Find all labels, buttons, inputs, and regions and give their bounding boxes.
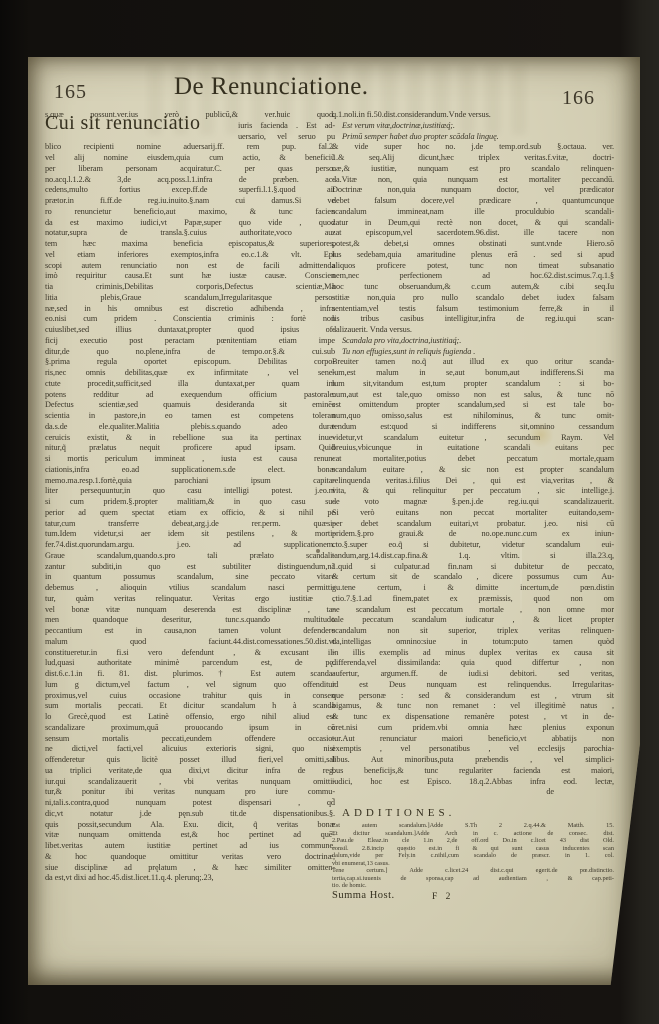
text-line: que personæ : sed & considerandum est , … xyxy=(332,691,614,702)
line-text: iudici, hoc est Episco. 18.q.2.Abbas inf… xyxy=(332,777,614,786)
text-line: Est verum vitæ,doctrinæ,iustitiæq́;. xyxy=(332,121,614,132)
text-line: malum quod faciunt.44.dist.comessationes… xyxy=(45,637,335,648)
text-line: imò requiritur causa.Et sunt hæ iustæ ca… xyxy=(45,271,335,282)
line-text: potest,& debet,si omnes obstinati sunt.v… xyxy=(332,239,614,248)
line-text: da est,vt dixi ad hoc.45.dist.licet.11.q… xyxy=(45,873,214,882)
line-text: bigamus, & tunc non remanet : vel illegi… xyxy=(332,701,614,710)
text-line: est omittendum propter scandalum,sed si … xyxy=(332,400,614,411)
line-text: blico recipienti nomine aduersarij.ff. r… xyxy=(45,142,335,151)
line-text: zatur in Deum,qui rectè non docet, & qui… xyxy=(332,218,614,227)
line-text: næ,sed in his omnibus est discretio adhi… xyxy=(45,304,335,313)
line-text: tertia,cap.si.iuuenis de sponsa,cap ad a… xyxy=(332,875,614,882)
text-line: pridem.§.pro graui.& de no.ope.nunc.cum … xyxy=(332,529,614,540)
text-line: nitur,q̃ prælatus nequit proficere apud … xyxy=(45,443,335,454)
text-line: næ,& iustitiæ, nunquam est pro scandalo … xyxy=(332,164,614,175)
line-text: da.Vitæ non, quia nunquam est mortaliter… xyxy=(332,175,614,184)
text-line: zantur subditi,in quo est subtiliter dis… xyxy=(45,562,335,573)
line-text: Et dicitur scandalum.]Adde Arch in c. ac… xyxy=(332,830,614,837)
footer-running-title: Summa Host. xyxy=(332,890,395,901)
line-text: tandum,arg.14.dist.cap.fina.& 1.q. vltim… xyxy=(332,551,614,560)
text-line: tatur,cum transferre debeat,arg.j.de rer… xyxy=(45,519,335,530)
line-text: tur.Aut renunciatur maiori beneficio,vt … xyxy=(332,734,614,743)
line-text: & vide super hoc no. j.de temp.ord.sub §… xyxy=(332,142,614,151)
text-line: ditur,de quo no.plene,infra de tempo.or.… xyxy=(45,347,335,358)
line-text: num,quo omisso,salus est nihilominus, & … xyxy=(332,411,614,420)
text-line: scopi autem renunciatio non est de facil… xyxy=(45,261,335,272)
line-text: 1.quid si culpatur.ad fin.nam si dubitet… xyxy=(332,562,614,571)
text-line: lo Grecè,quod est Latinè offensio, ergo … xyxy=(45,712,335,723)
text-line: & vide super hoc no. j.de temp.ord.sub §… xyxy=(332,142,614,153)
text-line: lis tribus casibus intelligitur,infra de… xyxy=(332,314,614,325)
text-line: Tu non effugies,sunt in reliquis fugiend… xyxy=(332,347,614,358)
line-text: tem hæc maxima beneficia episcopatus,& s… xyxy=(45,239,335,248)
additiones-section: ADDITIONES. gEst autem scandalum.]Adde S… xyxy=(332,807,614,890)
line-text: Scandala pro vita,doctrina,iustitiaq́;. xyxy=(342,336,461,345)
text-line: id est Deus nunquam est relinquendus. Ir… xyxy=(332,680,614,691)
text-line: cto.§.super eo.q̃ si dubitetur, videtur … xyxy=(332,540,614,551)
line-text: vel alij nomine eiusdem,quia cum actio, … xyxy=(45,153,335,162)
line-text: ris,nec omnis debilitas,quæ ex infirmita… xyxy=(45,368,335,377)
text-line: ne dicti,vel facti,vel alicuius exterior… xyxy=(45,744,335,755)
text-line: hEt dicitur scandalum.]Adde Arch in c. a… xyxy=(332,830,614,838)
text-line: uersario, vel seruo pu xyxy=(238,132,335,143)
line-text: offenderetur quis licitè posset illud fi… xyxy=(45,755,335,764)
line-text: q.1.noli.in fi.50.dist.considerandum.Vnd… xyxy=(332,110,491,119)
text-line: ris,nec omnis debilitas,quæ ex infirmita… xyxy=(45,368,335,379)
text-line: ctute procedit,sufficit,sed illa duntaxa… xyxy=(45,379,335,390)
line-text: si cum pridem.§.propter malitiam,& in qu… xyxy=(45,497,335,506)
text-line: tur, quàm veritas relinquatur. Veritas e… xyxy=(45,594,335,605)
text-line: blico recipienti nomine aduersarij.ff. r… xyxy=(45,142,335,153)
text-line: prætor.in fi.ff.de reg.iu.inuito.§.nam c… xyxy=(45,196,335,207)
text-line: lus sedebam,quia amaritudine plenus erā … xyxy=(332,250,614,261)
text-line: perior ad quem spectat etiam ex officio,… xyxy=(45,508,335,519)
text-line: iudici, hoc est Episco. 18.q.2.Abbas inf… xyxy=(332,777,614,788)
text-line: igu.tene certum, i & dimitte incertum,de… xyxy=(332,583,614,594)
line-text: vel bonæ vitæ nunquam deserenda est disc… xyxy=(45,605,335,614)
text-line: in quantum possumus scandalum, sine pecc… xyxy=(45,572,335,583)
line-text: da,intelligas omnino:siue in totum:puto … xyxy=(332,637,614,646)
text-line: litia plebis,Graue scandalum,Irregularit… xyxy=(45,293,335,304)
text-line: zatur in Deum,qui rectè non docet, & qui… xyxy=(332,218,614,229)
line-text: lus sedebam,quia amaritudine plenus erā … xyxy=(332,250,614,259)
text-line: tio. de homic. xyxy=(332,882,614,890)
text-line: bus beneficijs,& tunc regulariter facien… xyxy=(332,766,614,777)
text-line: libus. Aut minoribus,puta præbendis , ve… xyxy=(332,755,614,766)
left-column-body: blico recipienti nomine aduersarij.ff. r… xyxy=(45,142,335,884)
text-line: sensum mortalis peccati,eundem offendere… xyxy=(45,734,335,745)
line-text: que personæ : sed & considerandum est , … xyxy=(332,691,614,700)
text-line: §.prima regula oportet episcopum. Debili… xyxy=(45,357,335,368)
text-line: num,quo omisso,salus est nihilominus, & … xyxy=(332,411,614,422)
line-text: ciationis,infra eo.ad supplicationem.s.d… xyxy=(45,465,335,474)
line-text: nem,nec perfectionem ad hoc.62.dist.scim… xyxy=(332,271,614,280)
line-text: vita, & qui relinquitur per peccatum , s… xyxy=(332,486,614,495)
line-text: Primū semper habet duo propter scādala l… xyxy=(342,132,499,141)
text-line: Primū semper habet duo propter scādala l… xyxy=(332,132,614,143)
line-text: libet.veritas autem iustitiæ pertinet ad… xyxy=(45,841,335,850)
text-line: tia criminis,Debilitas corporis,Defectus… xyxy=(45,282,335,293)
book-page: 165 De Renunciatione. 166 s.quæ possunt.… xyxy=(28,57,640,985)
line-text: tendum est:quod si indifferens sit,omnin… xyxy=(332,422,614,431)
text-line: da.Vitæ non, quia nunquam est mortaliter… xyxy=(332,175,614,186)
line-text: cto.§.super eo.q̃ si dubitetur, videtur … xyxy=(332,540,614,549)
text-line: memo.ma.resp.1.fortè,quia parochiani ips… xyxy=(45,476,335,487)
line-text: ctio.7.§.1.ad finem,patet ex præmissis, … xyxy=(332,594,614,603)
text-line: debemus , alioquin vtilius scandalum nas… xyxy=(45,583,335,594)
line-text: imò requiritur causa.Et sunt hæ iustæ ca… xyxy=(45,271,335,280)
line-text: no.acq.l.1.2.& 3,de acq.poss.l.1.infra d… xyxy=(45,175,335,184)
text-line: differenda,vel dissimilanda: quia quod d… xyxy=(332,658,614,669)
text-line: lud,quasi authoritate minimè parcendum e… xyxy=(45,658,335,669)
line-text: dic,vt notatur j.de pęn.sub tit.de dispe… xyxy=(45,809,335,818)
line-text: per liberam personam acquiratur.C. per q… xyxy=(45,164,335,173)
text-line: iuris facienda . Est ad- xyxy=(238,121,335,132)
text-line: da.s.de ele.qualiter.Malitia plebis.s.qu… xyxy=(45,422,335,433)
text-line: potest,& debet,si omnes obstinati sunt.v… xyxy=(332,239,614,250)
line-text: dalizauerit. Vnda versus. xyxy=(332,325,412,334)
text-line: siue disciplinæ ad pręlatum , & hæc simi… xyxy=(45,863,335,874)
line-text: potens redditur ad exequendum officium p… xyxy=(45,390,335,399)
text-line: lum sit,vitandum est,tum propter scandal… xyxy=(332,379,614,390)
line-text: Si verò euitans non peccat mortaliter eu… xyxy=(332,508,614,517)
line-text: uersario, vel seruo pu xyxy=(238,132,335,141)
line-text: iuris facienda . Est ad- xyxy=(238,121,335,130)
text-line: de xyxy=(332,787,614,798)
text-line: ni,tali.s.contra,quod nunquam potest dis… xyxy=(45,798,335,809)
text-line: iur.qui scandalizauerit , vbi veritas nu… xyxy=(45,777,335,788)
text-line: Breuiter tamen no.q̃ aut illud ex quo or… xyxy=(332,357,614,368)
line-text: prætor.in fi.ff.de reg.iu.inuito.§.nam c… xyxy=(45,196,335,205)
line-text: Doctrinæ non,quia nunquam doctor, vel pr… xyxy=(332,185,614,194)
line-text: lo Grecè,quod est Latinè offensio, ergo … xyxy=(45,712,335,721)
text-line: aliquos proficere potest, tunc non timea… xyxy=(332,261,614,272)
line-text: tum.Idem videtur,si aer idem sit pestile… xyxy=(45,529,335,538)
line-text: eo.nisi cum pridem . Conscientia crimini… xyxy=(45,314,335,323)
text-line: Graue scandalum,quando.s.pro tali prælat… xyxy=(45,551,335,562)
text-line: videtur,vt scandalum euitetur , secundum… xyxy=(332,433,614,444)
text-line: glum g dictum,vel factum , vel signum qu… xyxy=(45,680,335,691)
line-text: men quandoque deseritur, tunc.s.quando m… xyxy=(45,615,335,624)
line-text: pridem.§.pro graui.& de no.ope.nunc.cum … xyxy=(332,529,614,538)
line-text: sensum mortalis peccati,eundem offendere… xyxy=(45,734,335,743)
line-text: hoc tunc obseruandum,& c.cum autem,& c.i… xyxy=(332,282,614,291)
line-text: zat episcopum,vel sacerdotem.96.dist. il… xyxy=(332,228,614,237)
line-text: gu.tene certum, i & dimitte incertum,de … xyxy=(332,583,614,592)
text-line: Defectus scientiæ,sed quamuis desiderand… xyxy=(45,400,335,411)
text-line: cat mortaliter,potius debet peccatum mor… xyxy=(332,454,614,465)
text-line: lum,est malum in se,aut bonum,aut indiff… xyxy=(332,368,614,379)
text-line: offenderetur quis licitè posset illud fi… xyxy=(45,755,335,766)
line-text: ne dicti,vel facti,vel alicuius exterior… xyxy=(45,744,335,753)
line-text: scandalum euitare , & sic non est propte… xyxy=(332,465,614,474)
line-text: ceruicis existit, & in rebellione sua it… xyxy=(45,433,335,442)
text-line: breuius,vbicunque in euitatione scandali… xyxy=(332,443,614,454)
text-line: ceruicis existit, & in rebellione sua it… xyxy=(45,433,335,444)
additiones-heading: ADDITIONES. xyxy=(342,807,614,819)
line-text: lum g dictum,vel factum , vel signum quo… xyxy=(45,680,335,689)
line-text: vitæ nunquam omittenda est,& hoc pertine… xyxy=(45,830,335,839)
text-line: tur,& ponitur ibi veritas nunquam pro iu… xyxy=(45,787,335,798)
text-line: stitiæ non,quia pro nullo scandalo debet… xyxy=(332,293,614,304)
section-heading-block: Cui sit renunciatio iuris facienda . Est… xyxy=(45,121,335,143)
text-line: cedens,multo fortius excep.ff.de superfi… xyxy=(45,185,335,196)
text-line: vbi enumerat,13 casus. xyxy=(332,860,614,868)
text-line: proximus,vel cuius occasione trahitur qu… xyxy=(45,691,335,702)
line-text: ditur,de quo no.plene,infra de tempo.or.… xyxy=(45,347,335,356)
line-text: si mortis periculum immineat , iusta est… xyxy=(45,454,335,463)
line-text: lis tribus casibus intelligitur,infra de… xyxy=(332,314,614,323)
line-text: scandalum immineat,nam ille proculdubio … xyxy=(332,207,614,216)
line-text: bus beneficijs,& tunc regulariter facien… xyxy=(332,766,614,775)
line-text: cret.nisi cum pridem.vbi omnia hæc pleni… xyxy=(332,723,614,732)
page-number-left: 165 xyxy=(54,81,87,104)
line-text: scopi autem renunciatio non est de facil… xyxy=(45,261,335,270)
line-text: 2.Pau.de Eleaz.in cle 1.in 2,de off.ord … xyxy=(332,837,614,844)
line-text: tio. de homic. xyxy=(332,882,367,889)
text-line: Si verò euitans non peccat mortaliter eu… xyxy=(332,508,614,519)
line-text: da est maximo iudici,vt Papæ,super quo v… xyxy=(45,218,335,227)
text-line: fer.74.dist.quorundam.argu. j.eo. ad sup… xyxy=(45,540,335,551)
line-text: tatur,cum transferre debeat,arg.j.de rer… xyxy=(45,519,335,528)
line-text: §.prima regula oportet episcopum. Debili… xyxy=(45,357,335,366)
text-line: debet falsum docere,vel prædicare , quan… xyxy=(332,196,614,207)
line-text: est omittendum propter scandalum,sed si … xyxy=(332,400,614,409)
right-column: q.1.noli.in fi.50.dist.considerandum.Vnd… xyxy=(332,110,614,798)
section-heading: Cui sit renunciatio xyxy=(45,118,200,129)
line-text: Defectus scientiæ,sed quamuis desiderand… xyxy=(45,400,335,409)
text-line: da est,vt dixi ad hoc.45.dist.licet.11.q… xyxy=(45,873,335,884)
line-text: stitiæ non,quia pro nullo scandalo debet… xyxy=(332,293,614,302)
gathering-signature: F 2 xyxy=(432,892,453,902)
line-text: exemptis , vel personatibus , vel eccles… xyxy=(332,744,614,753)
text-line: tale peccatum scandalum iudicatur , & li… xyxy=(332,615,614,626)
line-text: ctute procedit,sufficit,sed illa duntaxa… xyxy=(45,379,335,388)
text-line: ciationis,infra eo.ad supplicationem.s.d… xyxy=(45,465,335,476)
line-text: Est autem scandalum.]Adde S.Th 2 2.q.44.… xyxy=(332,822,614,829)
text-line: ctio.7.§.1.ad finem,patet ex præmissis, … xyxy=(332,594,614,605)
text-line: fdist.6.c.1.in fi. 81. dist. plurimos. †… xyxy=(45,669,335,680)
line-text: da.s.de ele.qualiter.Malitia plebis.s.qu… xyxy=(45,422,335,431)
text-line: ro renuncietur beneficio,aut maximo, & t… xyxy=(45,207,335,218)
text-line: scandalizare proximum,quā prouocando ips… xyxy=(45,723,335,734)
text-line: potens redditur ad exequendum officium p… xyxy=(45,390,335,401)
text-line: gEst autem scandalum.]Adde S.Th 2 2.q.44… xyxy=(332,822,614,830)
line-text: Est verum vitæ,doctrinæ,iustitiæq́;. xyxy=(342,121,455,130)
line-text: scandalizare proximum,quā prouocando ips… xyxy=(45,723,335,732)
line-text: vel etiam inferiores exemptos,infra eo.c… xyxy=(45,250,335,259)
line-text: id est Deus nunquam est relinquendus. Ir… xyxy=(332,680,614,689)
text-line: dalizauerit. Vnda versus. xyxy=(332,325,614,336)
line-text: malum quod faciunt.44.dist.comessationes… xyxy=(45,637,335,646)
text-line: hsum mortalis peccati. Et dicitur scanda… xyxy=(45,701,335,712)
text-line: de voto magnæ §.pen.j.de reg.iu.qui scan… xyxy=(332,497,614,508)
line-text: proximus,vel cuius occasione trahitur qu… xyxy=(45,691,335,700)
line-text: Tene certum.] Adde c.licet.24 dist.c.qui… xyxy=(332,867,614,874)
line-text: nitur,q̃ prælatus nequit proficere apud … xyxy=(45,443,335,452)
text-line: peccantium est in causa,non tamen volunt… xyxy=(45,626,335,637)
line-text: & tunc ex dispensatione remanère potest … xyxy=(332,712,614,721)
text-line: tur.Aut renunciatur maiori beneficio,vt … xyxy=(332,734,614,745)
text-line: constitueretur.in fi.si vero defendunt ,… xyxy=(45,648,335,659)
line-text: ne scandalum est peccatum mortale , non … xyxy=(332,605,614,614)
text-line: scandalum non sit superior, triplex veri… xyxy=(332,626,614,637)
line-text: num,aut est tale,quo omisso non est salu… xyxy=(332,390,614,399)
line-text: per debet scandalum euitari,vt probatur.… xyxy=(332,519,614,528)
line-text: debet falsum docere,vel prædicare , quan… xyxy=(332,196,614,205)
additiones-body: gEst autem scandalum.]Adde S.Th 2 2.q.44… xyxy=(332,822,614,890)
line-text: libus. Aut minoribus,puta præbendis , ve… xyxy=(332,755,614,764)
text-line: nem,nec perfectionem ad hoc.62.dist.scim… xyxy=(332,271,614,282)
text-line: vita, & qui relinquitur per peccatum , s… xyxy=(332,486,614,497)
line-text: quis possit,secundum Ala. Exu. dicit, q̃… xyxy=(45,820,335,829)
text-line: vel bonæ vitæ nunquam deserenda est disc… xyxy=(45,605,335,616)
text-line: da est maximo iudici,vt Papæ,super quo v… xyxy=(45,218,335,229)
line-text: videtur,vt scandalum euitetur , secundum… xyxy=(332,433,614,442)
text-line: q.1.noli.in fi.50.dist.considerandum.Vnd… xyxy=(332,110,614,121)
line-text: cedens,multo fortius excep.ff.de superfi… xyxy=(45,185,335,194)
text-line: no.acq.l.1.2.& 3,de acq.poss.l.1.infra d… xyxy=(45,175,335,186)
line-text: lum,est malum in se,aut bonum,aut indiff… xyxy=(332,368,614,377)
text-line: zat episcopum,vel sacerdotem.96.dist. il… xyxy=(332,228,614,239)
text-line: tendum est:quod si indifferens sit,omnin… xyxy=(332,422,614,433)
line-text: zantur subditi,in quo est subtiliter dis… xyxy=(45,562,335,571)
line-text: aufertur, argumen.ff. de iudi.si debitor… xyxy=(332,669,614,678)
line-text: lum sit,vitandum est,tum propter scandal… xyxy=(332,379,614,388)
text-line: & certum sit de scandalo , dicere possum… xyxy=(332,572,614,583)
line-text: cuiuslibet,sed illius duntaxat,propter q… xyxy=(45,325,335,334)
line-text: Breuiter tamen no.q̃ aut illud ex quo or… xyxy=(332,357,614,366)
line-text: in quantum possumus scandalum, sine pecc… xyxy=(45,572,335,581)
line-text: peccantium est in causa,non tamen volunt… xyxy=(45,626,335,635)
line-text: litia plebis,Graue scandalum,Irregularit… xyxy=(45,293,335,302)
line-text: Graue scandalum,quando.s.pro tali prælat… xyxy=(45,551,335,560)
left-column: s.quæ possunt.ver.ius verò publicū,& ver… xyxy=(45,110,335,884)
line-text: debemus , alioquin vtilius scandalum nas… xyxy=(45,583,335,592)
text-line: libet.veritas autem iustitiæ pertinet ad… xyxy=(45,841,335,852)
text-line: relinquenda veritas.i.filius Dei , qui e… xyxy=(332,476,614,487)
text-line: vel alij nomine eiusdem,quia cum actio, … xyxy=(45,153,335,164)
line-text: sententiam,vel testis falsum testimonium… xyxy=(332,304,614,313)
text-line: tum.Idem videtur,si aer idem sit pestile… xyxy=(45,529,335,540)
line-text: breuius,vbicunque in euitatione scandali… xyxy=(332,443,614,452)
text-line: ne scandalum est peccatum mortale , non … xyxy=(332,605,614,616)
text-line: & tunc ex dispensatione remanère potest … xyxy=(332,712,614,723)
text-line: in illis exemplis ad minus duplex verita… xyxy=(332,648,614,659)
text-line: si mortis periculum immineat , iusta est… xyxy=(45,454,335,465)
line-text: de voto magnæ §.pen.j.de reg.iu.qui scan… xyxy=(332,497,614,506)
text-line: 1.quid si culpatur.ad fin.nam si dubitet… xyxy=(332,562,614,573)
text-line: næ,sed in his omnibus est discretio adhi… xyxy=(45,304,335,315)
text-line: tem hæc maxima beneficia episcopatus,& s… xyxy=(45,239,335,250)
line-text: iur.qui scandalizauerit , vbi veritas nu… xyxy=(45,777,335,786)
text-line: cret.nisi cum pridem.vbi omnia hæc pleni… xyxy=(332,723,614,734)
line-text: notatur,supra de transla.§.cuius authori… xyxy=(45,228,335,237)
text-line: exemptis , vel personatibus , vel eccles… xyxy=(332,744,614,755)
text-line: notatur,supra de transla.§.cuius authori… xyxy=(45,228,335,239)
line-text: ro renuncietur beneficio,aut maximo, & t… xyxy=(45,207,335,216)
line-text: constitueretur.in fi.si vero defendunt ,… xyxy=(45,648,335,657)
line-text: de xyxy=(546,787,554,796)
text-line: sententiam,vel testis falsum testimonium… xyxy=(332,304,614,315)
line-text: consil. 2.8.incip quęstio est.in fi & qu… xyxy=(332,845,614,852)
line-text: ua triplici veritate,de qua dixi,vt dici… xyxy=(45,766,335,775)
text-line: dic,vt notatur j.de pęn.sub tit.de dispe… xyxy=(45,809,335,820)
line-text: siue disciplinæ ad pręlatum , & hæc simi… xyxy=(45,863,335,872)
line-text: tia criminis,Debilitas corporis,Defectus… xyxy=(45,282,335,291)
line-text: 1.& seq.Alij dicunt,hæc triplex veritas.… xyxy=(332,153,614,162)
text-line: vel etiam inferiores exemptos,infra eo.c… xyxy=(45,250,335,261)
text-line: Doctrinæ non,quia nunquam doctor, vel pr… xyxy=(332,185,614,196)
text-line: & hoc quandoque omittitur veritas vero d… xyxy=(45,852,335,863)
text-line: consil. 2.8.incip quęstio est.in fi & qu… xyxy=(332,845,614,853)
text-line: si cum pridem.§.propter malitiam,& in qu… xyxy=(45,497,335,508)
text-line: ua triplici veritate,de qua dixi,vt dici… xyxy=(45,766,335,777)
line-text: in illis exemplis ad minus duplex verita… xyxy=(332,648,614,657)
line-text: perior ad quem spectat etiam ex officio,… xyxy=(45,508,335,517)
text-line: scandalum euitare , & sic non est propte… xyxy=(332,465,614,476)
line-text: cat mortaliter,potius debet peccatum mor… xyxy=(332,454,614,463)
line-text: næ,& iustitiæ, nunquam est pro scandalo … xyxy=(332,164,614,173)
text-line: 1.& seq.Alij dicunt,hæc triplex veritas.… xyxy=(332,153,614,164)
heading-side-text: iuris facienda . Est ad-uersario, vel se… xyxy=(238,121,335,143)
text-line: cuiuslibet,sed illius duntaxat,propter q… xyxy=(45,325,335,336)
line-text: Tu non effugies,sunt in reliquis fugiend… xyxy=(342,347,475,356)
text-line: per liberam personam acquiratur.C. per q… xyxy=(45,164,335,175)
text-line: men quandoque deseritur, tunc.s.quando m… xyxy=(45,615,335,626)
line-text: aliquos proficere potest, tunc non timea… xyxy=(332,261,614,270)
text-line: per debet scandalum euitari,vt probatur.… xyxy=(332,519,614,530)
line-text: tale peccatum scandalum iudicatur , & li… xyxy=(332,615,614,624)
line-text: & certum sit de scandalo , dicere possum… xyxy=(332,572,614,581)
text-line: iTene certum.] Adde c.licet.24 dist.c.qu… xyxy=(332,867,614,875)
text-line: dalum,vide per Fely.in c.nihil,cum scand… xyxy=(332,852,614,860)
text-line: 2.Pau.de Eleaz.in cle 1.in 2,de off.ord … xyxy=(332,837,614,845)
line-text: fer.74.dist.quorundam.argu. j.eo. ad sup… xyxy=(45,540,335,549)
text-line: scientia in pastore,in eo tamen est comp… xyxy=(45,411,335,422)
line-text: scandalum non sit superior, triplex veri… xyxy=(332,626,614,635)
text-line: hoc tunc obseruandum,& c.cum autem,& c.i… xyxy=(332,282,614,293)
text-line: Scandala pro vita,doctrina,iustitiaq́;. xyxy=(332,336,614,347)
text-line: liter persequuntur,in quo casu intelligi… xyxy=(45,486,335,497)
line-text: & hoc quandoque omittitur veritas vero d… xyxy=(45,852,335,861)
line-text: tur, quàm veritas relinquatur. Veritas e… xyxy=(45,594,335,603)
text-line: num,aut est tale,quo omisso non est salu… xyxy=(332,390,614,401)
scan-background: 165 De Renunciatione. 166 s.quæ possunt.… xyxy=(0,0,659,1024)
line-text: lud,quasi authoritate minimè parcendum e… xyxy=(45,658,335,667)
line-text: dist.6.c.1.in fi. 81. dist. plurimos. † … xyxy=(45,669,335,678)
line-text: scientia in pastore,in eo tamen est comp… xyxy=(45,411,335,420)
text-line: eo.nisi cum pridem . Conscientia crimini… xyxy=(45,314,335,325)
line-text: liter persequuntur,in quo casu intelligi… xyxy=(45,486,335,495)
text-line: aufertur, argumen.ff. de iudi.si debitor… xyxy=(332,669,614,680)
line-text: tur,& ponitur ibi veritas nunquam pro iu… xyxy=(45,787,335,796)
line-text: ficij executio post peractam pœnitentiam… xyxy=(45,336,335,345)
text-line: quis possit,secundum Ala. Exu. dicit, q̃… xyxy=(45,820,335,831)
text-line: bigamus, & tunc non remanet : vel illegi… xyxy=(332,701,614,712)
line-text: ni,tali.s.contra,quod nunquam potest dis… xyxy=(45,798,335,807)
line-text: vbi enumerat,13 casus. xyxy=(332,860,390,867)
running-title: De Renunciatione. xyxy=(174,73,369,101)
line-text: dalum,vide per Fely.in c.nihil,cum scand… xyxy=(332,852,614,859)
text-line: tandum,arg.14.dist.cap.fina.& 1.q. vltim… xyxy=(332,551,614,562)
line-text: relinquenda veritas.i.filius Dei , qui e… xyxy=(332,476,614,485)
text-line: tertia,cap.si.iuuenis de sponsa,cap ad a… xyxy=(332,875,614,883)
line-text: memo.ma.resp.1.fortè,quia parochiani ips… xyxy=(45,476,335,485)
line-text: sum mortalis peccati. Et dicitur scandal… xyxy=(45,701,335,710)
page-number-right: 166 xyxy=(562,87,595,110)
text-line: da,intelligas omnino:siue in totum:puto … xyxy=(332,637,614,648)
